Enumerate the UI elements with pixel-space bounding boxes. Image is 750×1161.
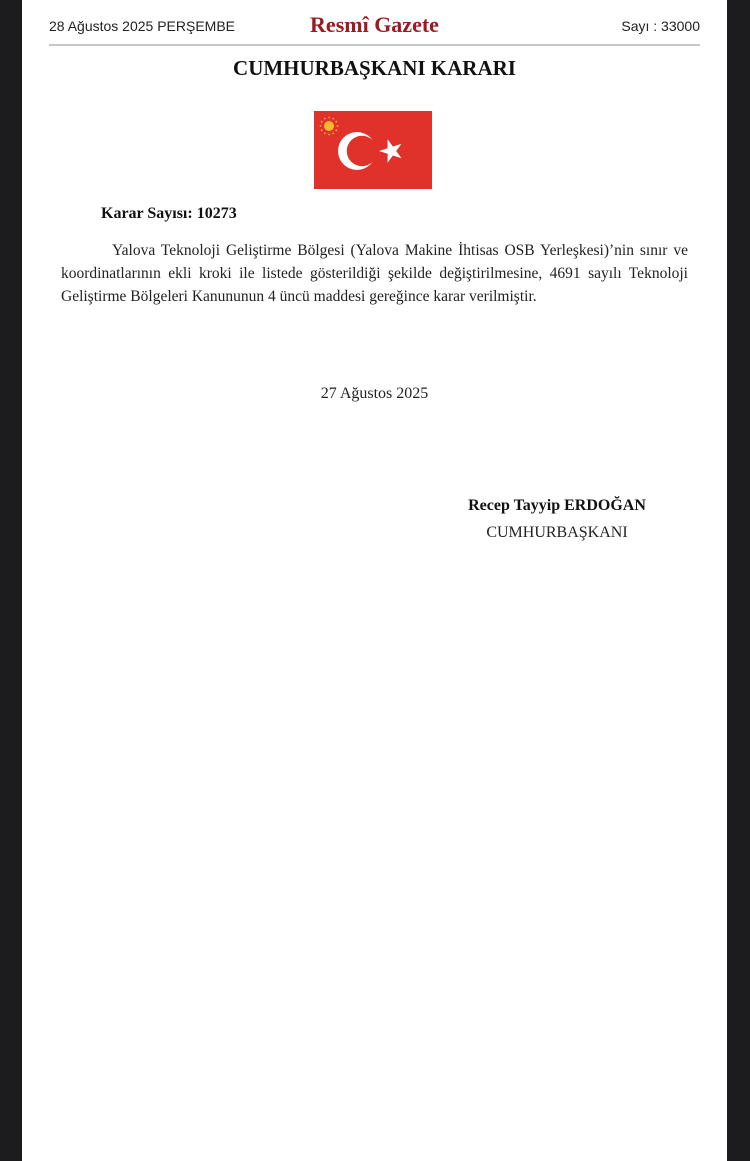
gazette-title: Resmî Gazete — [49, 12, 700, 38]
decision-number: Karar Sayısı: 10273 — [101, 205, 237, 223]
signing-date: 27 Ağustos 2025 — [22, 385, 727, 403]
issue-number: Sayı : 33000 — [621, 18, 700, 34]
presidential-flag-icon — [314, 111, 432, 189]
signer-name: Recep Tayyip ERDOĞAN — [442, 497, 672, 515]
gazette-page: 28 Ağustos 2025 PERŞEMBE Resmî Gazete Sa… — [22, 0, 727, 1161]
decision-body: Yalova Teknoloji Geliştirme Bölgesi (Yal… — [61, 239, 688, 308]
page-header: 28 Ağustos 2025 PERŞEMBE Resmî Gazete Sa… — [49, 10, 700, 46]
document-title: CUMHURBAŞKANI KARARI — [22, 56, 727, 81]
signer-title: CUMHURBAŞKANI — [442, 524, 672, 542]
